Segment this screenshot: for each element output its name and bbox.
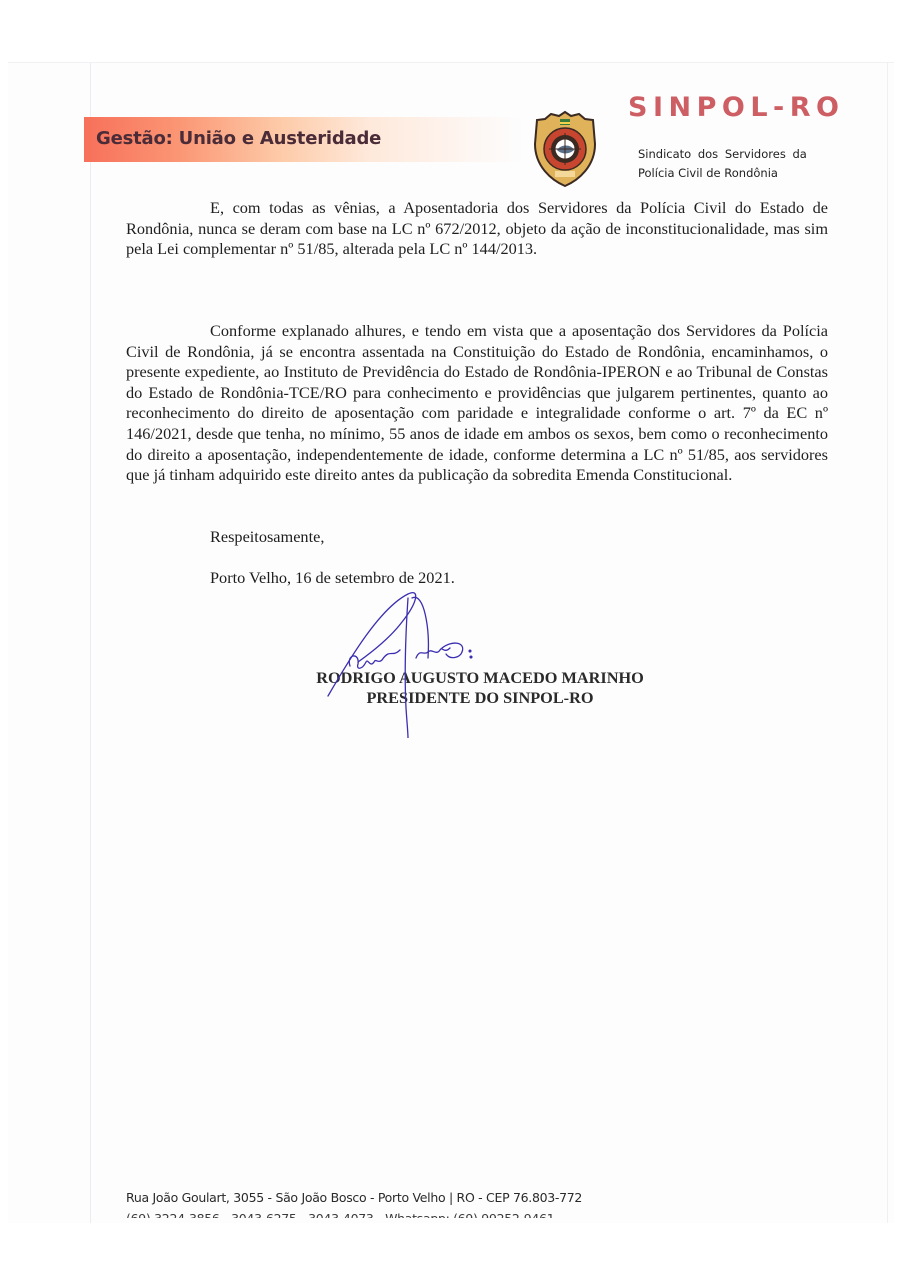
organization-subtitle: Sindicato dos Servidores da Polícia Civi… <box>638 145 807 183</box>
organization-subtitle-line2: Polícia Civil de Rondônia <box>638 164 807 183</box>
organization-name: SINPOL-RO <box>628 92 844 123</box>
footer-phones: (69) 3224-3856 - 3043-6275 - 3043-4073 -… <box>126 1211 646 1218</box>
place-and-date: Porto Velho, 16 de setembro de 2021. <box>210 568 455 588</box>
paragraph-1: E, com todas as vênias, a Aposentadoria … <box>126 198 828 260</box>
paragraph-2: Conforme explanado alhures, e tendo em v… <box>126 321 828 486</box>
footer-address: Rua João Goulart, 3055 - São João Bosco … <box>126 1190 582 1205</box>
handwritten-signature-icon <box>320 588 510 738</box>
police-badge-icon <box>533 110 597 188</box>
paragraph-2-text: Conforme explanado alhures, e tendo em v… <box>126 321 828 484</box>
paragraph-1-text: E, com todas as vênias, a Aposentadoria … <box>126 198 828 258</box>
footer-phones-clipped: (69) 3224-3856 - 3043-6275 - 3043-4073 -… <box>126 1211 646 1218</box>
organization-subtitle-line1: Sindicato dos Servidores da <box>638 145 807 164</box>
closing-salutation: Respeitosamente, <box>210 527 324 547</box>
motto-text: Gestão: União e Austeridade <box>96 128 381 149</box>
